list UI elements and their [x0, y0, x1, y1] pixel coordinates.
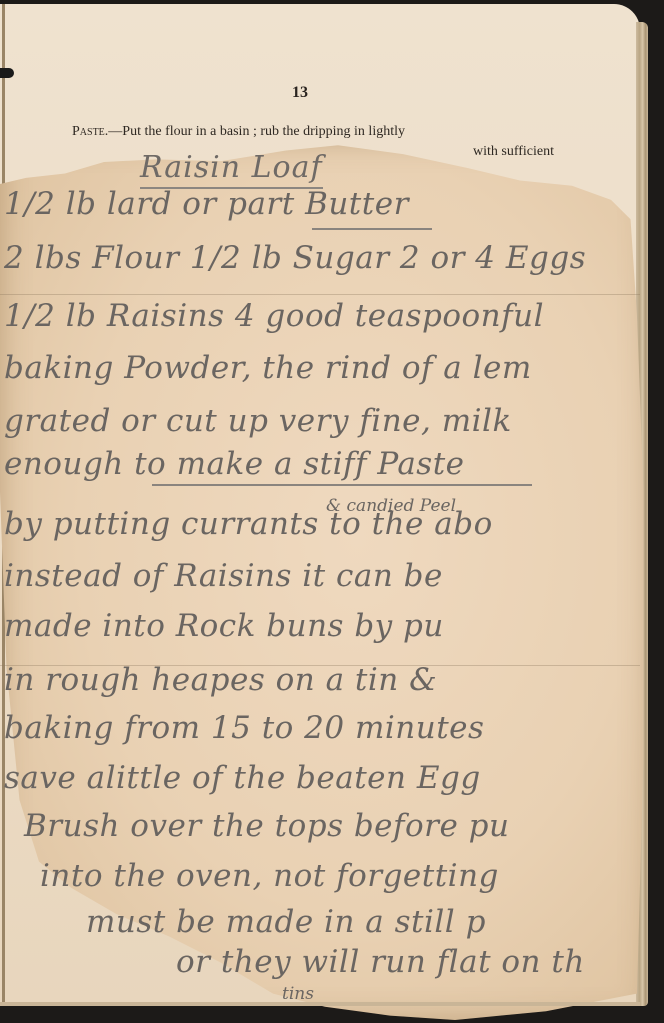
recipe-line: 1/2 lb Raisins 4 good teaspoonful [4, 298, 544, 334]
recipe-line: enough to make a stiff Paste [4, 446, 465, 482]
printed-heading: Paste. [72, 124, 108, 139]
recipe-line: must be made in a still p [86, 904, 486, 940]
page-bottom-edge [0, 1002, 640, 1006]
insertion-tins: tins [282, 984, 314, 1004]
recipe-line: instead of Raisins it can be [4, 558, 443, 594]
recipe-line: 2 lbs Flour 1/2 lb Sugar 2 or 4 Eggs [4, 240, 586, 276]
recipe-line: grated or cut up very fine, milk [4, 403, 512, 439]
recipe-line: made into Rock buns by pu [4, 608, 444, 644]
underline [312, 228, 432, 230]
recipe-line: save alittle of the beaten Egg [4, 760, 481, 796]
recipe-line: 1/2 lb lard or part Butter [4, 186, 409, 222]
recipe-line: in rough heapes on a tin & [4, 662, 437, 698]
section-divider [152, 484, 532, 486]
bookmark-ribbon [0, 68, 14, 78]
recipe-line: into the oven, not forgetting [40, 858, 499, 894]
recipe-title: Raisin Loaf [140, 150, 323, 189]
recipe-line: baking Powder, the rind of a lem [4, 350, 532, 386]
recipe-line: by putting currants to the abo [4, 506, 493, 542]
recipe-line: or they will run flat on th [176, 944, 585, 980]
page-number: 13 [0, 84, 600, 102]
printed-line-1: —Put the flour in a basin ; rub the drip… [108, 124, 405, 139]
fold-line [0, 294, 640, 295]
recipe-line: Brush over the tops before pu [24, 808, 510, 844]
recipe-line: baking from 15 to 20 minutes [4, 710, 484, 746]
